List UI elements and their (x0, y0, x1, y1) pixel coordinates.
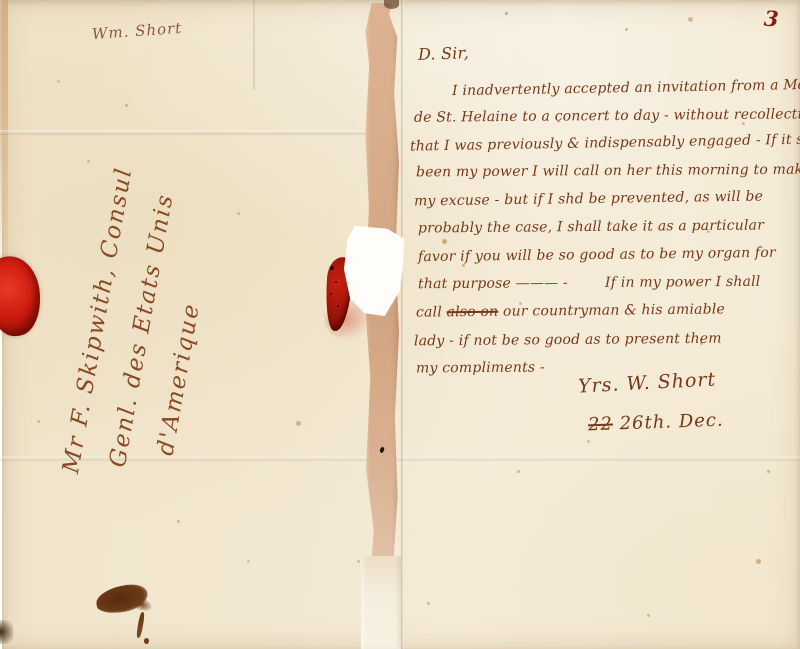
letter-text: call (416, 304, 447, 320)
letter-line: favor if you will be so good as to be my… (418, 246, 776, 264)
date-text: 26th. Dec. (619, 410, 724, 435)
letter-line: call also on our countryman & his amiabl… (416, 302, 725, 319)
tape-strip-lower-pale (361, 556, 401, 649)
struck-date: 22 (588, 414, 614, 436)
wax-seal-specks (330, 266, 334, 270)
tape-strip-dark-top (384, 0, 399, 9)
letter-scan: 3 Wm. Short Mr F. Skipwith, Consul Genl.… (0, 0, 800, 649)
struck-text: also on (447, 304, 499, 321)
letter-line: probably the case, I shall take it as a … (418, 218, 764, 235)
edge-smudge (0, 620, 13, 644)
horizontal-fold-crease (0, 130, 368, 135)
page-number: 3 (763, 8, 779, 30)
letter-line: that purpose ——— - If in my power I shal… (418, 275, 761, 291)
letter-line: been my power I will call on her this mo… (416, 163, 800, 180)
vertical-fold-crease (401, 0, 404, 649)
ink-drip-dot (144, 638, 149, 644)
letter-closing: my compliments - (416, 361, 545, 376)
salutation: D. Sir, (418, 45, 469, 63)
paper-deckle-edge (0, 0, 8, 300)
letter-line: de St. Helaine to a concert to day - wit… (414, 107, 800, 125)
vertical-fold-crease (253, 0, 255, 90)
letter-text: our countryman & his amiable (498, 301, 725, 319)
date-line: 22 26th. Dec. (588, 412, 724, 435)
foxing-spots (505, 12, 508, 15)
letter-line: lady - if not be so good as to present t… (414, 332, 722, 349)
